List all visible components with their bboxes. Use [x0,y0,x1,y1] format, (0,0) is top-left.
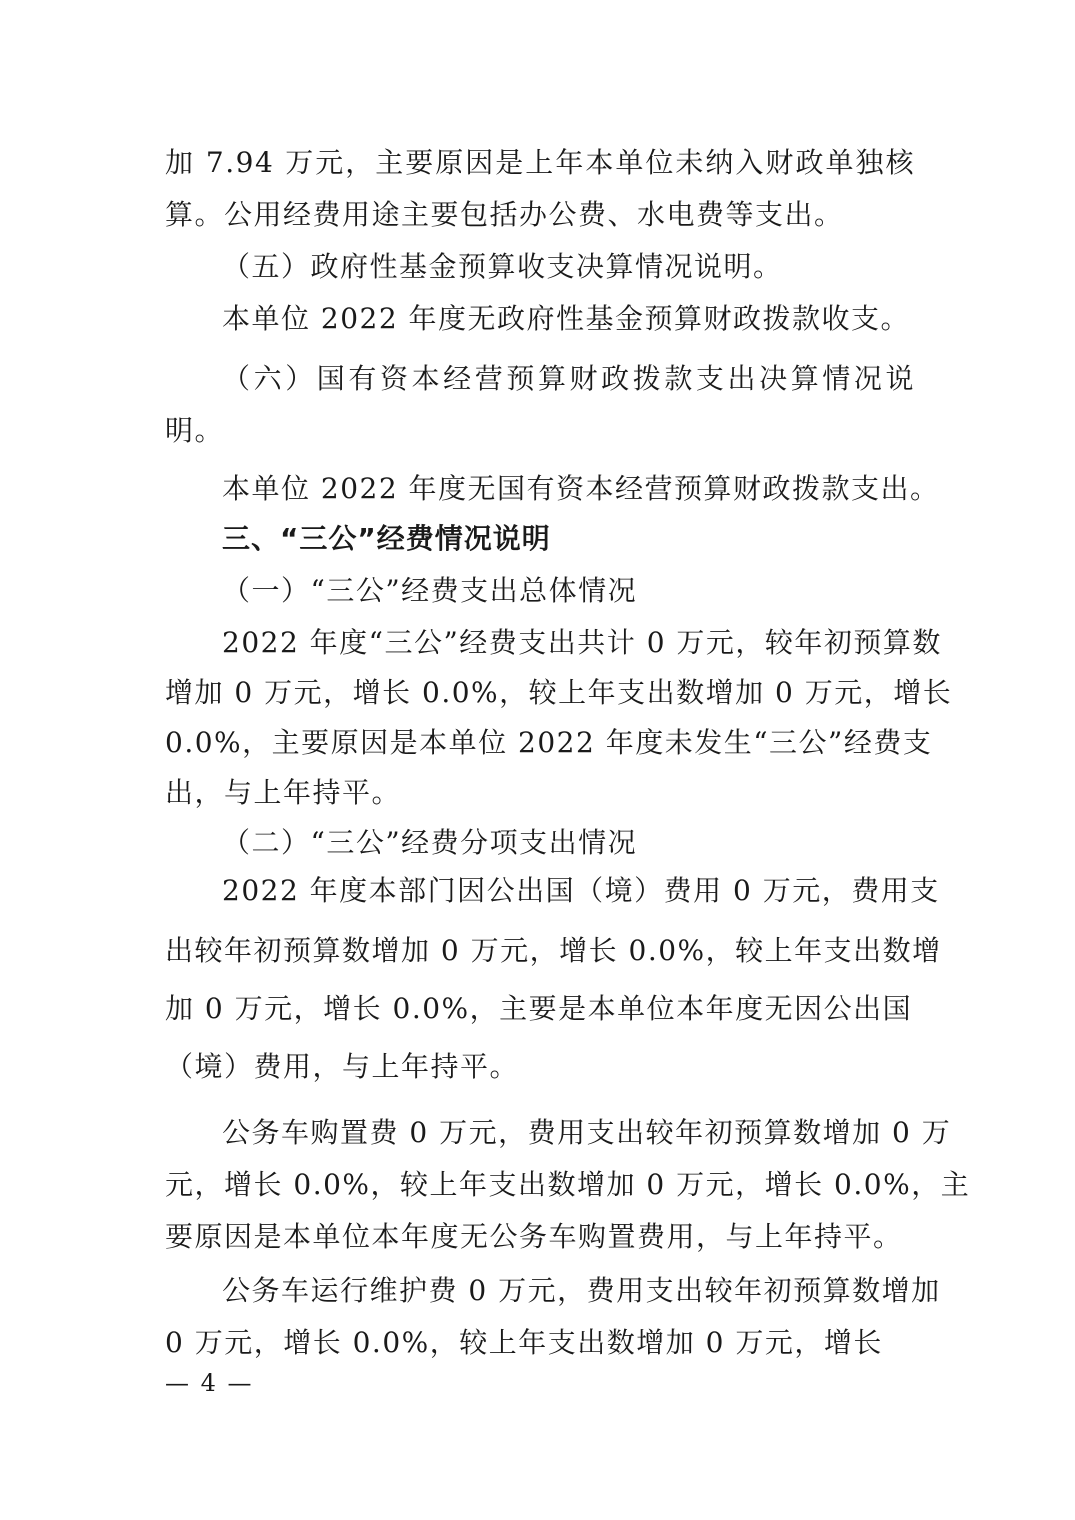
text-line: 出，与上年持平。 [165,775,915,811]
text-line: 0.0%，主要原因是本单位 2022 年度未发生“三公”经费支 [165,725,915,761]
text-line: 出较年初预算数增加 0 万元，增长 0.0%，较上年支出数增 [165,933,915,969]
text-line: 加 0 万元，增长 0.0%，主要是本单位本年度无因公出国 [165,991,915,1027]
text-line: 增加 0 万元，增长 0.0%，较上年支出数增加 0 万元，增长 [165,675,915,711]
page-number: — 4 — [165,1368,254,1398]
text-line: 本单位 2022 年度无国有资本经营预算财政拨款支出。 [222,471,915,507]
text-line: 算。公用经费用途主要包括办公费、水电费等支出。 [165,197,915,233]
section-heading: 三、“三公”经费情况说明 [222,521,915,557]
text-line: （六）国有资本经营预算财政拨款支出决算情况说 [222,361,915,397]
text-line: 明。 [165,413,915,449]
text-line: （境）费用，与上年持平。 [165,1049,915,1085]
text-line: 0 万元，增长 0.0%，较上年支出数增加 0 万元，增长 [165,1325,915,1361]
document-page: 加 7.94 万元，主要原因是上年本单位未纳入财政单独核算。公用经费用途主要包括… [0,0,1075,1520]
text-line: 要原因是本单位本年度无公务车购置费用，与上年持平。 [165,1219,915,1255]
text-line: （二）“三公”经费分项支出情况 [222,825,915,861]
text-line: （五）政府性基金预算收支决算情况说明。 [222,249,915,285]
text-line: 公务车运行维护费 0 万元，费用支出较年初预算数增加 [222,1273,915,1309]
text-line: （一）“三公”经费支出总体情况 [222,573,915,609]
text-line: 本单位 2022 年度无政府性基金预算财政拨款收支。 [222,301,915,337]
text-line: 加 7.94 万元，主要原因是上年本单位未纳入财政单独核 [165,145,915,181]
text-line: 元，增长 0.0%，较上年支出数增加 0 万元，增长 0.0%，主 [165,1167,915,1203]
text-line: 公务车购置费 0 万元，费用支出较年初预算数增加 0 万 [222,1115,915,1151]
text-line: 2022 年度本部门因公出国（境）费用 0 万元，费用支 [222,873,915,909]
text-line: 2022 年度“三公”经费支出共计 0 万元，较年初预算数 [222,625,915,661]
